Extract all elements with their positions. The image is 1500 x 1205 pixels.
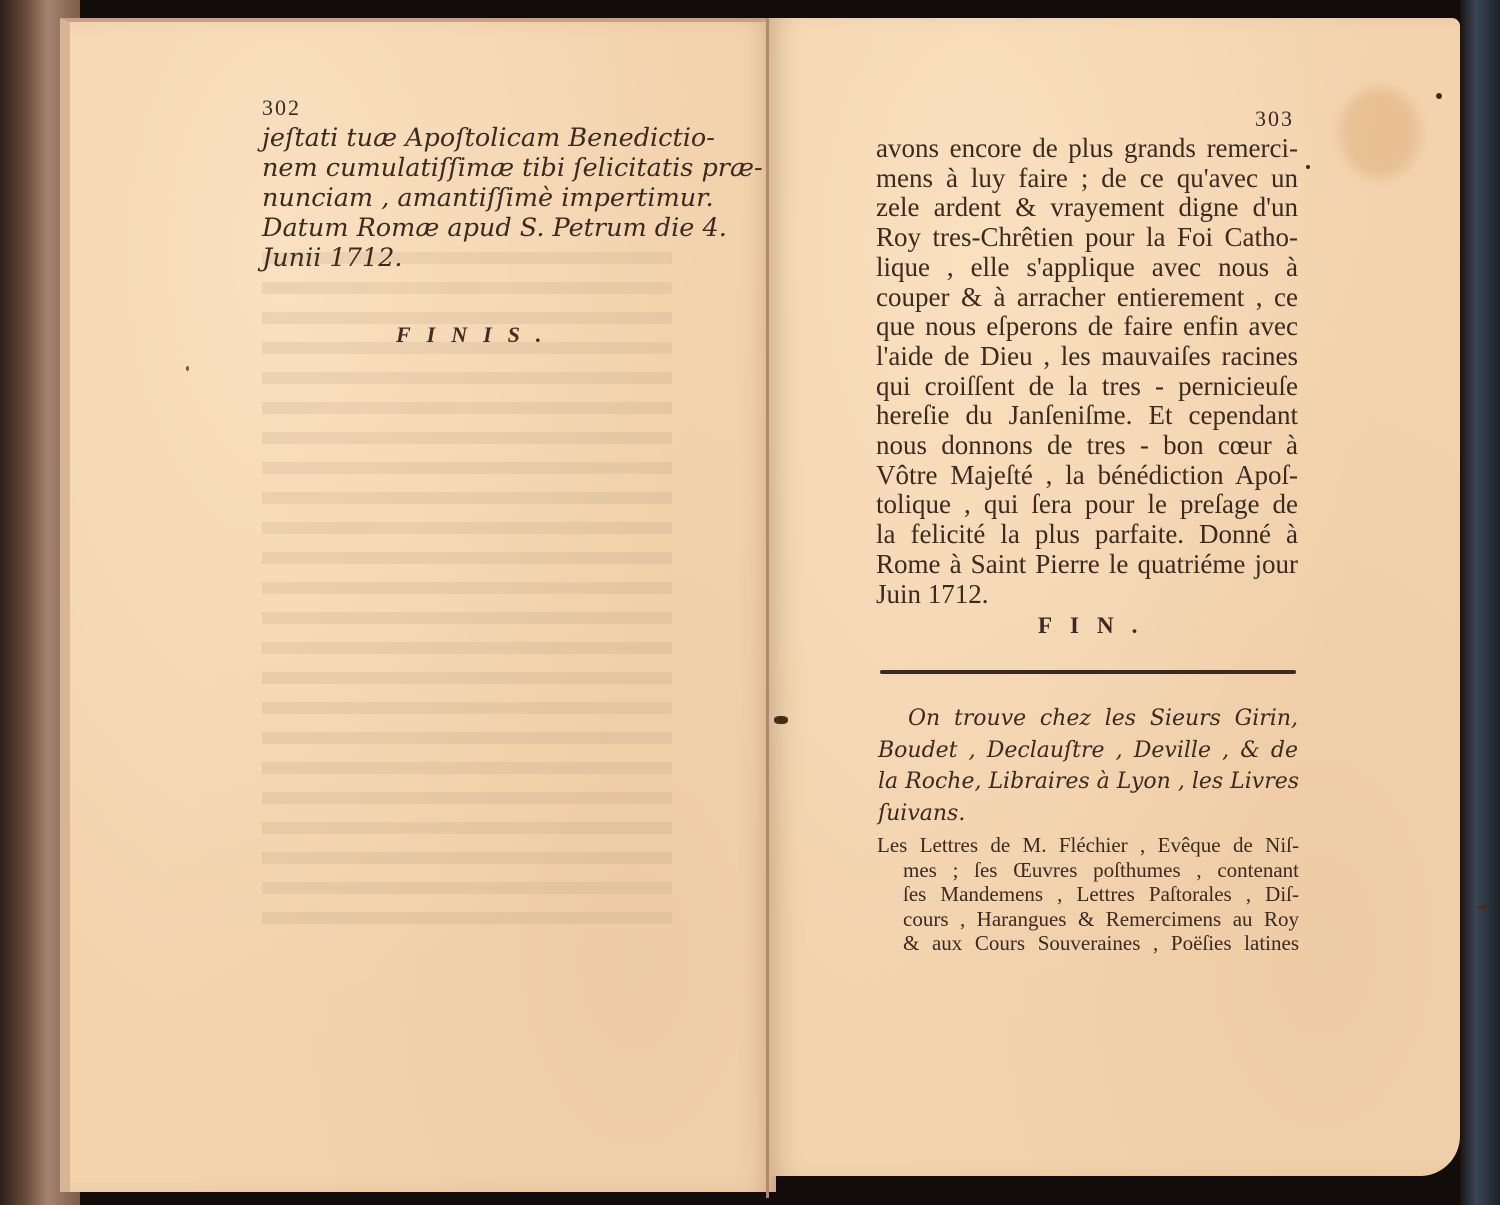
left-page-text: 302 jeſtati tuæ Apoſtolicam Benedictio- … [262, 92, 672, 273]
page-number-left: 302 [262, 95, 301, 120]
finis-heading: FINIS. [396, 322, 557, 348]
text-line: qui croiſſent de la tres - pernicieuſe [876, 372, 1298, 402]
ink-speck [774, 716, 788, 724]
text-line: Vôtre Majeſté , la bénédiction Apoſ- [876, 461, 1298, 491]
catalog-line: Les Lettres de M. Fléchier , Evêque de N… [877, 833, 1299, 858]
book-gutter [766, 18, 769, 1198]
text-line: Rome à Saint Pierre le quatriéme jour [876, 550, 1298, 580]
text-line: nem cumulatiſſimæ tibi ſelicitatis præ- [262, 153, 672, 183]
catalog-line: mes ; ſes Œuvres poſthumes , contenant [877, 858, 1299, 883]
ink-speck [1478, 905, 1490, 909]
text-line: mens à luy faire ; de ce qu'avec un [876, 164, 1298, 194]
text-line: nunciam , amantiſſimè impertimur. [262, 183, 672, 213]
text-line: Roy tres-Chrêtien pour la Foi Catho- [876, 223, 1298, 253]
text-line: hereſie du Janſeniſme. Et cependant [876, 401, 1298, 431]
text-line: avons encore de plus grands remerci- [876, 134, 1298, 164]
text-line: Datum Romæ apud S. Petrum die 4. [262, 213, 672, 243]
imprint-line: On trouve chez les Sieurs Girin, [878, 703, 1298, 735]
text-line: couper & à arracher entierement , ce [876, 283, 1298, 313]
water-stain [1340, 88, 1420, 178]
imprint-line: la Roche, Libraires à Lyon , les Livres [878, 766, 1298, 798]
horizontal-rule [880, 670, 1296, 674]
scan-background [1460, 0, 1500, 1205]
text-line: Juin 1712. [876, 580, 1298, 610]
book-catalog-entry: Les Lettres de M. Fléchier , Evêque de N… [877, 833, 1299, 956]
imprint-line: ſuivans. [878, 798, 1298, 830]
text-line: zele ardent & vrayement digne d'un [876, 193, 1298, 223]
text-line: Junii 1712. [262, 243, 672, 273]
ink-speck [186, 366, 189, 371]
text-line: lique , elle s'applique avec nous à [876, 253, 1298, 283]
publisher-imprint: On trouve chez les Sieurs Girin, Boudet … [878, 703, 1298, 829]
page-number-right: 303 [1255, 106, 1294, 132]
catalog-line: cours , Harangues & Remercimens au Roy [877, 907, 1299, 932]
text-line: la felicité la plus parfaite. Donné à [876, 520, 1298, 550]
text-line: tolique , qui ſera pour le preſage de [876, 490, 1298, 520]
ink-speck [1436, 93, 1442, 99]
text-line: jeſtati tuæ Apoſtolicam Benedictio- [262, 123, 672, 153]
text-line: l'aide de Dieu , les mauvaiſes racines [876, 342, 1298, 372]
catalog-line: ſes Mandemens , Lettres Paſtorales , Diſ… [877, 882, 1299, 907]
catalog-line: & aux Cours Souveraines , Poëſies latine… [877, 931, 1299, 956]
right-page-text: avons encore de plus grands remerci- men… [876, 134, 1298, 609]
text-line: nous donnons de tres - bon cœur à [876, 431, 1298, 461]
imprint-line: Boudet , Declauſtre , Deville , & de [878, 735, 1298, 767]
fin-heading: FIN. [1038, 613, 1155, 639]
text-line: que nous eſperons de faire enfin avec [876, 312, 1298, 342]
ink-speck [1306, 165, 1310, 169]
